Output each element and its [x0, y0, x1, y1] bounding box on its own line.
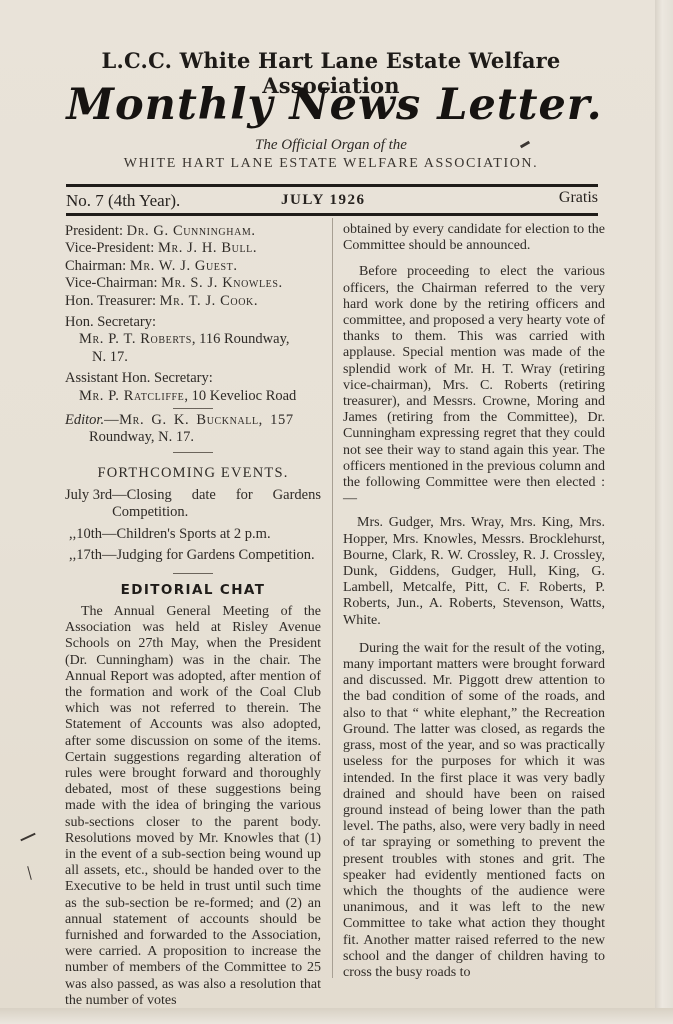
newsletter-title: Monthly News Letter.	[62, 80, 607, 130]
editorial-paragraph: The Annual General Meeting of the Associ…	[65, 604, 321, 1009]
assistant-secretary-role: Assistant Hon. Secretary:	[65, 370, 321, 387]
issue-price: Gratis	[559, 189, 598, 207]
divider	[173, 573, 213, 574]
secretary-details: Mr. P. T. Roberts, 116 Roundway,	[65, 331, 321, 348]
assistant-secretary-details: Mr. P. Ratcliffe, 10 Kevelioc Road	[65, 388, 321, 405]
header-rule-bottom	[66, 213, 598, 216]
divider	[173, 452, 213, 453]
issue-date: JULY 1926	[281, 192, 366, 209]
event-item: July 3rd —Closing date for Gardens Compe…	[65, 487, 321, 522]
editorial-paragraph: During the wait for the result of the vo…	[343, 641, 605, 981]
editor-line: Editor.—Mr. G. K. Bucknall, 157	[65, 412, 321, 429]
header-rule-top	[66, 184, 598, 187]
event-item: ,, 17th—Judging for Gardens Competition.	[65, 547, 321, 564]
officer-vice-president: Vice-President: Mr. J. H. Bull.	[65, 240, 321, 257]
officer-vice-chairman: Vice-Chairman: Mr. S. J. Knowles.	[65, 275, 321, 292]
column-divider	[332, 218, 333, 978]
secretary-role: Hon. Secretary:	[65, 314, 321, 331]
subtitle: The Official Organ of the	[66, 137, 596, 154]
editorial-paragraph: Before proceeding to elect the various o…	[343, 264, 605, 507]
editor-address: Roundway, N. 17.	[65, 429, 321, 446]
event-item: ,, 10th—Children's Sports at 2 p.m.	[65, 526, 321, 543]
officer-treasurer: Hon. Treasurer: Mr. T. J. Cook.	[65, 293, 321, 310]
events-heading: FORTHCOMING EVENTS.	[65, 465, 321, 481]
page-edge-bottom	[0, 1008, 673, 1024]
officer-president: President: Dr. G. Cunningham.	[65, 223, 321, 240]
left-column: President: Dr. G. Cunningham. Vice-Presi…	[65, 223, 321, 1009]
issue-number: No. 7 (4th Year).	[66, 191, 180, 211]
page-edge	[655, 0, 673, 1024]
secretary-postcode: N. 17.	[65, 349, 321, 366]
right-column: obtained by every candidate for election…	[343, 222, 605, 981]
committee-list: Mrs. Gudger, Mrs. Wray, Mrs. King, Mrs. …	[343, 515, 605, 628]
divider	[173, 408, 213, 409]
editorial-continuation: obtained by every candidate for election…	[343, 222, 605, 254]
officer-chairman: Chairman: Mr. W. J. Guest.	[65, 258, 321, 275]
issue-info-row: No. 7 (4th Year). JULY 1926 Gratis	[66, 191, 598, 213]
editorial-heading: EDITORIAL CHAT	[65, 582, 321, 598]
subtitle-association: WHITE HART LANE ESTATE WELFARE ASSOCIATI…	[66, 156, 596, 172]
